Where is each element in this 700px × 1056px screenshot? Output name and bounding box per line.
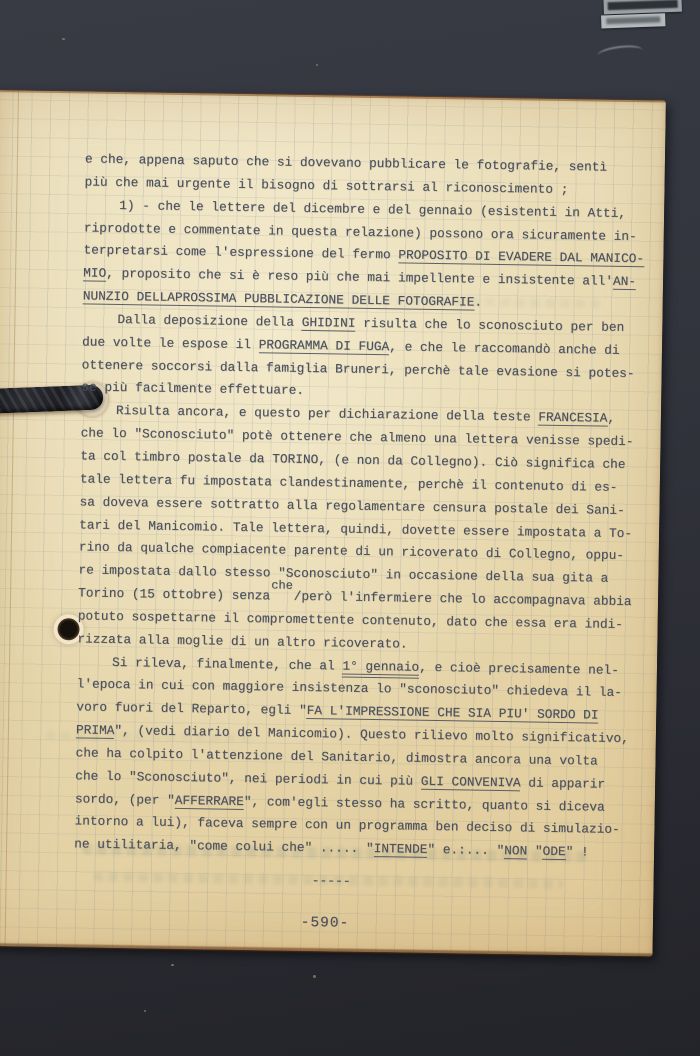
corner-label-strip	[601, 13, 665, 28]
binding-hole	[57, 618, 79, 640]
text-block: e che, appena saputo che si dovevano pub…	[74, 148, 651, 865]
dust-speck	[316, 64, 318, 66]
scanned-document-photo: e che, appena saputo che si dovevano pub…	[0, 0, 700, 1056]
illegible-label-text	[608, 0, 678, 10]
page-edge	[0, 90, 19, 946]
dust-speck	[171, 964, 174, 966]
paper-scratch	[596, 43, 643, 63]
dust-speck	[144, 1010, 146, 1012]
dust-speck	[62, 38, 65, 40]
dust-speck	[313, 975, 316, 978]
corner-label-strip	[604, 0, 682, 14]
corner-label	[600, 0, 685, 32]
section-separator: -----	[312, 873, 351, 889]
document-page: e che, appena saputo che si dovevano pub…	[0, 90, 666, 956]
inserted-word: che	[271, 578, 293, 592]
illegible-label-text	[606, 16, 660, 24]
page-number: -590-	[277, 915, 373, 933]
